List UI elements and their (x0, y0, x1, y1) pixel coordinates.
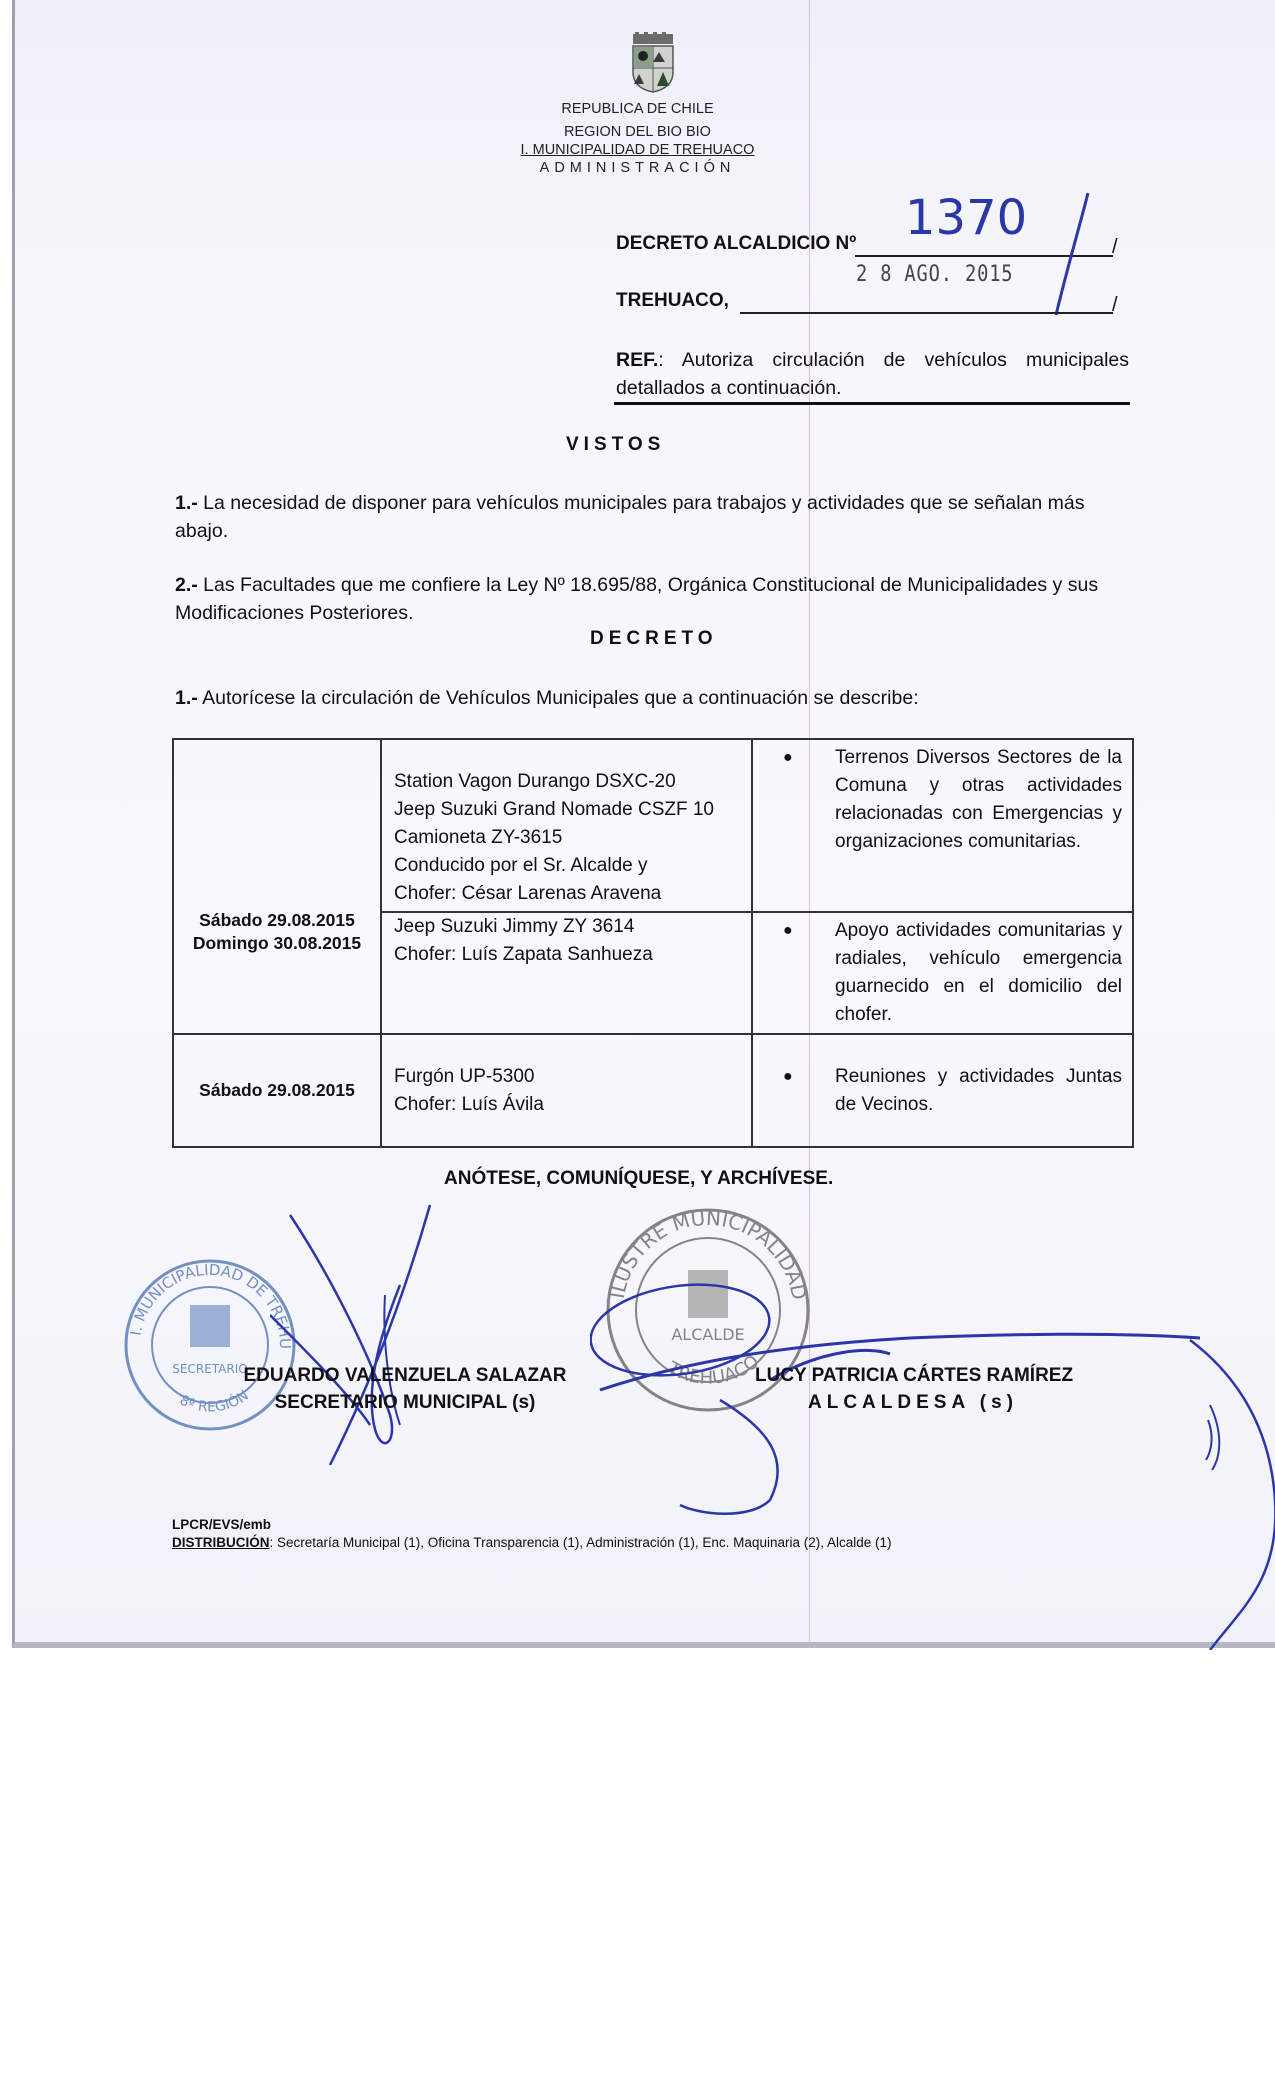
date-stamp: 2 8 AGO. 2015 (856, 262, 1013, 287)
secretary-name: EDUARDO VALENZUELA SALAZAR (205, 1363, 605, 1389)
ref-label: REF. (616, 349, 658, 371)
bullet-icon: ● (783, 744, 835, 856)
activity-text: Reuniones y actividades Juntas de Vecino… (835, 1063, 1122, 1119)
decreto-item-1: 1.- Autorícese la circulación de Vehícul… (175, 684, 1135, 712)
mayor-name: LUCY PATRICIA CÁRTES RAMÍREZ (755, 1363, 1095, 1389)
item-text: Autorícese la circulación de Vehículos M… (198, 687, 919, 709)
distribution-text: : Secretaría Municipal (1), Oficina Tran… (270, 1535, 892, 1550)
vehicles-cell: Jeep Suzuki Jimmy ZY 3614 Chofer: Luís Z… (381, 912, 752, 1034)
reference-text: REF.: Autoriza circulación de vehículos … (616, 346, 1129, 402)
header-republica: REPUBLICA DE CHILE (0, 101, 1275, 118)
closing-formula: ANÓTESE, COMUNÍQUESE, Y ARCHÍVESE. (444, 1168, 833, 1190)
initials: LPCR/EVS/emb (172, 1516, 271, 1534)
bullet-icon: ● (783, 917, 835, 1029)
decree-number-line (855, 255, 1113, 257)
activity-cell: ●Reuniones y actividades Juntas de Vecin… (752, 1034, 1133, 1147)
vehicle-line: Camioneta ZY-3615 (394, 824, 751, 852)
decree-number-label: DECRETO ALCALDICIO Nº (616, 233, 856, 255)
place-line (740, 312, 1113, 314)
date-line: Domingo 30.08.2015 (174, 932, 380, 955)
decree-number-handwritten: 1370 (905, 190, 1027, 246)
item-number: 2.- (175, 574, 198, 596)
date-cell: Sábado 29.08.2015 (173, 1034, 381, 1147)
header-municipality: I. MUNICIPALIDAD DE TREHUACO (0, 142, 1275, 159)
activity-text: Apoyo actividades comunitarias y radiale… (835, 917, 1122, 1029)
item-text: La necesidad de disponer para vehículos … (175, 492, 1084, 542)
table-row: Sábado 29.08.2015 Furgón UP-5300 Chofer:… (173, 1034, 1133, 1147)
vistos-item-1: 1.- La necesidad de disponer para vehícu… (175, 489, 1135, 545)
bullet-icon: ● (783, 1063, 835, 1119)
place-label: TREHUACO, (616, 290, 729, 312)
ref-underline (614, 402, 1130, 405)
distribution-line: DISTRIBUCIÓN: Secretaría Municipal (1), … (172, 1534, 892, 1552)
activity-cell: ●Apoyo actividades comunitarias y radial… (752, 912, 1133, 1034)
municipal-crest-icon (625, 32, 681, 94)
header-region: REGION DEL BIO BIO (0, 124, 1275, 141)
vistos-item-2: 2.- Las Facultades que me confiere la Le… (175, 571, 1135, 627)
slash-mark-2: / (1112, 294, 1118, 317)
item-number: 1.- (175, 492, 198, 514)
item-number: 1.- (175, 687, 198, 709)
date-cell: Sábado 29.08.2015 Domingo 30.08.2015 (173, 739, 381, 1034)
decreto-title: DECRETO (590, 628, 718, 650)
vehicle-line: Chofer: Luís Ávila (394, 1091, 751, 1119)
vehicle-line: Conducido por el Sr. Alcalde y (394, 852, 751, 880)
vehicles-cell: Station Vagon Durango DSXC-20 Jeep Suzuk… (381, 739, 752, 912)
vehicle-line: Furgón UP-5300 (394, 1063, 751, 1091)
vehicle-line: Jeep Suzuki Jimmy ZY 3614 (394, 913, 751, 941)
date-line: Sábado 29.08.2015 (174, 1079, 380, 1102)
vehicles-table: Sábado 29.08.2015 Domingo 30.08.2015 Sta… (172, 738, 1134, 1148)
distribution-label: DISTRIBUCIÓN (172, 1535, 270, 1550)
vehicle-line: Chofer: Luís Zapata Sanhueza (394, 941, 751, 969)
vehicle-line: Jeep Suzuki Grand Nomade CSZF 10 (394, 796, 751, 824)
date-line: Sábado 29.08.2015 (174, 909, 380, 932)
header-department: ADMINISTRACIÓN (0, 160, 1275, 177)
activity-text: Terrenos Diversos Sectores de la Comuna … (835, 744, 1122, 856)
table-row: Sábado 29.08.2015 Domingo 30.08.2015 Sta… (173, 739, 1133, 912)
vehicle-line: Chofer: César Larenas Aravena (394, 880, 751, 908)
slash-mark: / (1112, 236, 1118, 259)
item-text: Las Facultades que me confiere la Ley Nº… (175, 574, 1098, 624)
vistos-title: VISTOS (566, 434, 665, 456)
mayor-title: ALCALDESA (s) (808, 1390, 1018, 1416)
ref-body: : Autoriza circulación de vehículos muni… (616, 349, 1129, 399)
activity-cell: ●Terrenos Diversos Sectores de la Comuna… (752, 739, 1133, 912)
secretary-title: SECRETARIO MUNICIPAL (s) (205, 1390, 605, 1416)
vehicle-line: Station Vagon Durango DSXC-20 (394, 768, 751, 796)
vehicles-cell: Furgón UP-5300 Chofer: Luís Ávila (381, 1034, 752, 1147)
